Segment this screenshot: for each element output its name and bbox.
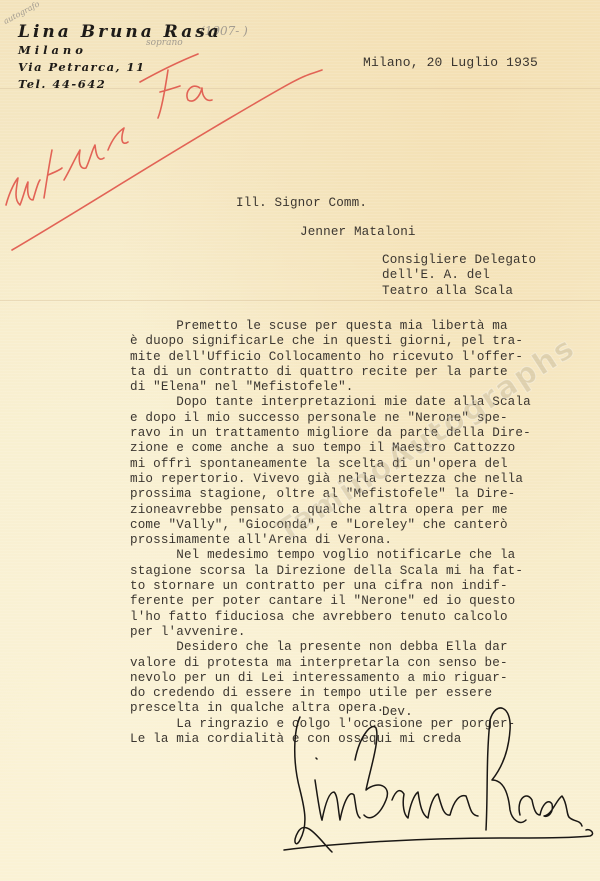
signature <box>0 0 600 881</box>
